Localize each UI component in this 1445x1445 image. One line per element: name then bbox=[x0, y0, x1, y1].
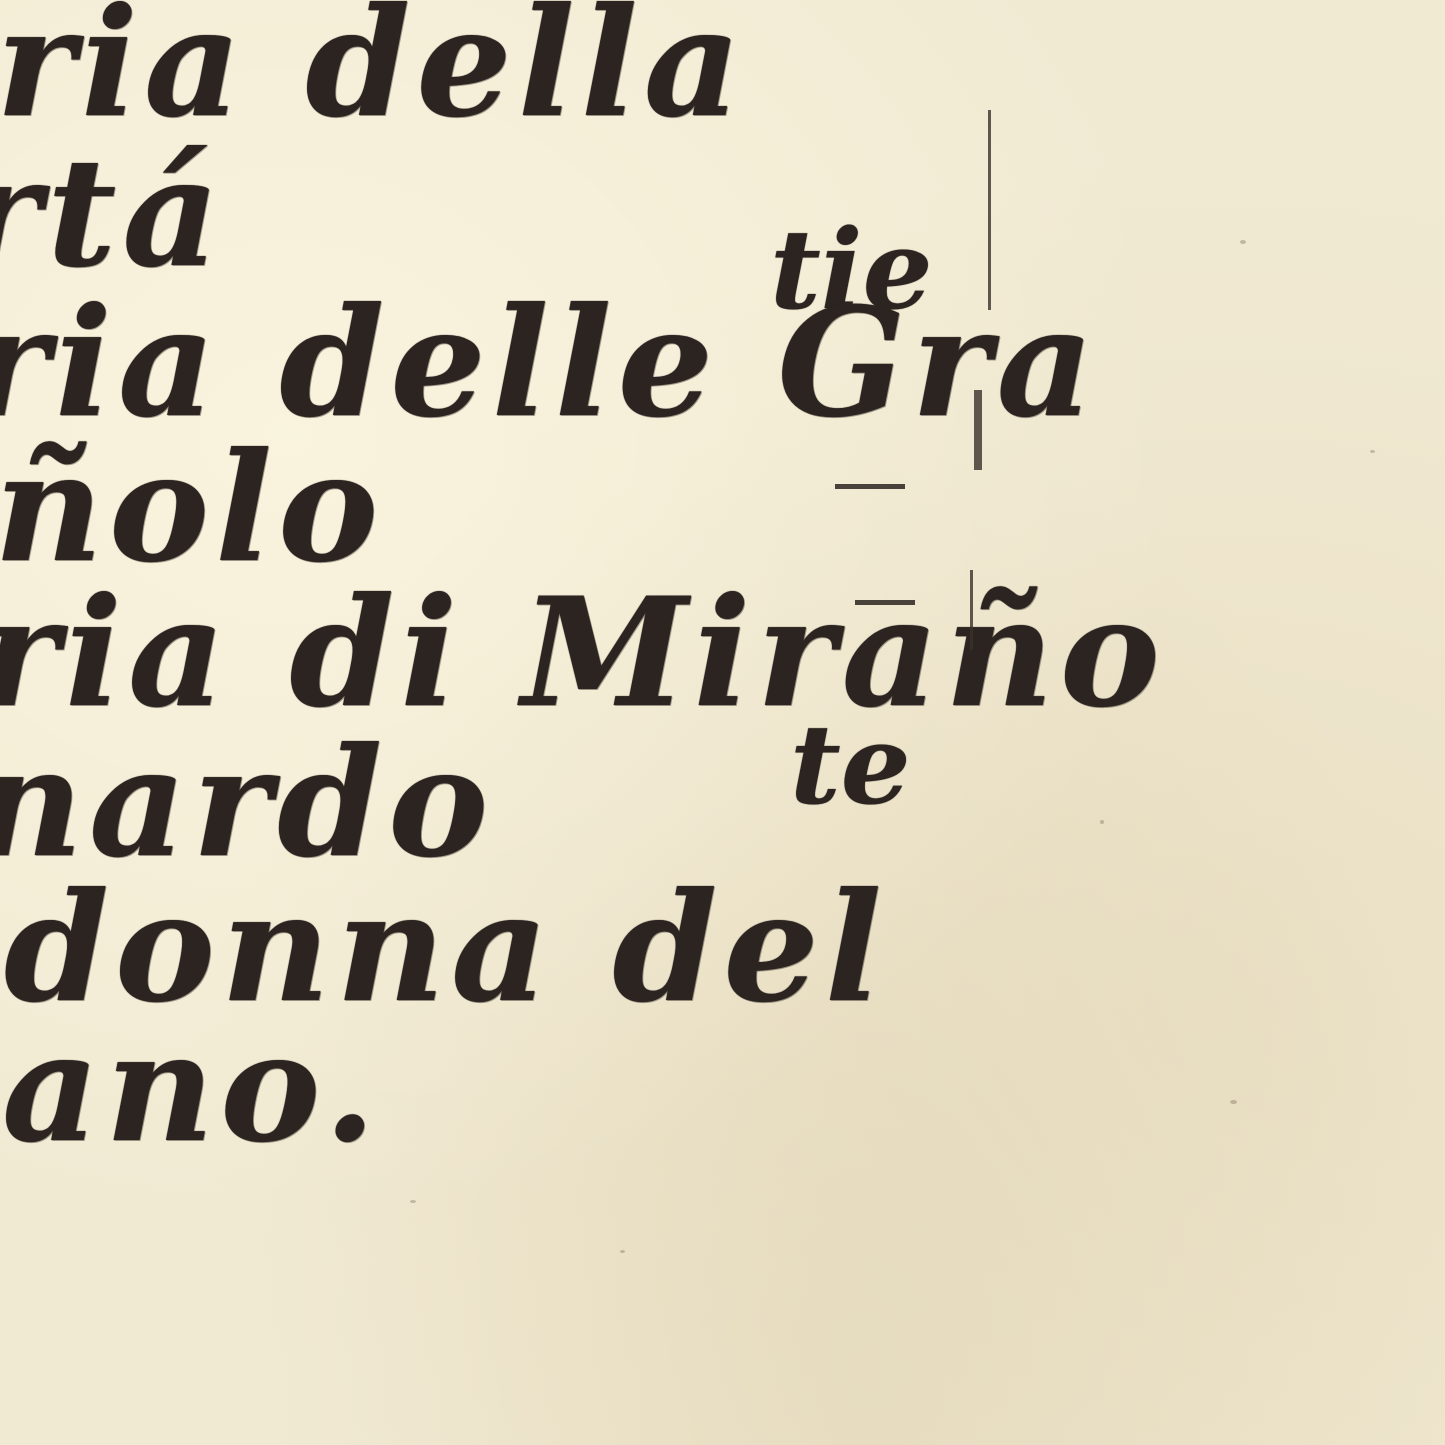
paper-speck bbox=[1370, 450, 1375, 453]
paper-speck bbox=[620, 1250, 625, 1253]
column-rule bbox=[988, 110, 991, 310]
column-rule-mark bbox=[974, 390, 982, 470]
rule-dash bbox=[835, 484, 905, 489]
column-rule-lower bbox=[970, 570, 973, 650]
paper-speck bbox=[1230, 1100, 1237, 1104]
tilde-bar bbox=[855, 600, 915, 605]
paper-speck bbox=[1240, 240, 1246, 244]
document-page: ria della rtá tie ria delle Gra ñolo ria… bbox=[0, 0, 1445, 1445]
text-line-8: ano. bbox=[2, 1000, 382, 1176]
continuation-te: te bbox=[790, 700, 911, 829]
paper-speck bbox=[1100, 820, 1104, 824]
paper-speck bbox=[410, 1200, 416, 1203]
